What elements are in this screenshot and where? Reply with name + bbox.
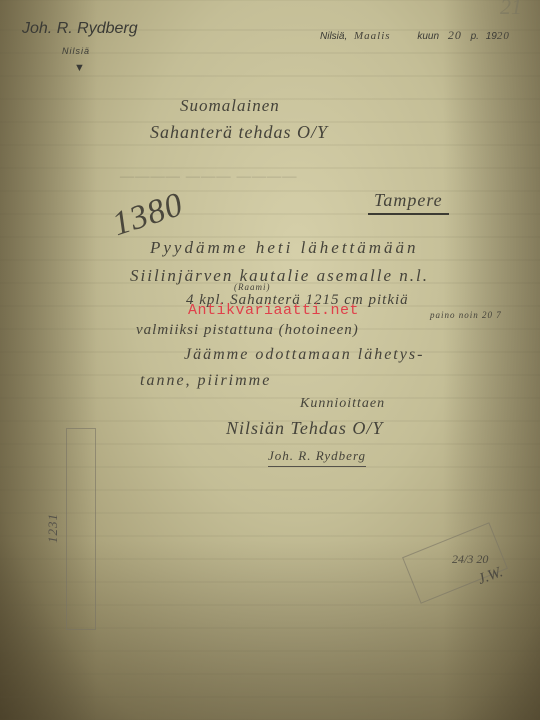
stamp-date: 24/3 20 bbox=[452, 552, 488, 567]
dateline-p: p. bbox=[471, 31, 479, 42]
body-line-2: Siilinjärven kautalie asemalle n.l. bbox=[130, 266, 429, 286]
letterhead-company: Joh. R. Rydberg bbox=[22, 20, 138, 38]
recipient-line1: Suomalainen bbox=[180, 96, 280, 116]
logo-mark-icon: ▼ bbox=[74, 62, 85, 74]
closing: Kunnioittaen bbox=[300, 396, 385, 412]
recipient-city: Tampere bbox=[368, 190, 449, 215]
body-insert-right: paino noin 20 7 bbox=[430, 310, 502, 320]
vertical-margin-note: 1231 bbox=[45, 513, 61, 543]
dateline-year-suffix: 20 bbox=[497, 30, 510, 42]
body-line-5: Jäämme odottamaan lähetys- bbox=[184, 346, 424, 364]
dateline-month: Maalis bbox=[354, 30, 391, 42]
dateline-place: Nilsiä, bbox=[320, 31, 347, 42]
recipient-line2: Sahanterä tehdas O/Y bbox=[150, 122, 328, 143]
body-line-6: tanne, piirimme bbox=[140, 372, 271, 390]
pencil-note: 21 bbox=[500, 0, 522, 20]
sender-company: Nilsiän Tehdas O/Y bbox=[226, 418, 383, 439]
body-insert-above: (Raami) bbox=[234, 282, 271, 292]
body-line-1: Pyydämme heti lähettämään bbox=[150, 238, 419, 258]
dateline-year-prefix: 19 bbox=[486, 31, 497, 42]
watermark: Antikvariaatti.net bbox=[188, 302, 359, 319]
signature: Joh. R. Rydberg bbox=[268, 448, 366, 467]
bleed-through-text: ———— ——— ———— bbox=[120, 168, 298, 186]
dateline: Nilsiä, Maalis kuun 20 p. 1920 bbox=[320, 28, 510, 43]
vertical-strip bbox=[66, 428, 96, 630]
dateline-day: 20 bbox=[448, 28, 462, 42]
letterhead-town: Nilsiä bbox=[62, 46, 90, 56]
dateline-kuun: kuun bbox=[417, 31, 439, 42]
body-line-4: valmiiksi pistattuna (hotoineen) bbox=[136, 322, 359, 339]
